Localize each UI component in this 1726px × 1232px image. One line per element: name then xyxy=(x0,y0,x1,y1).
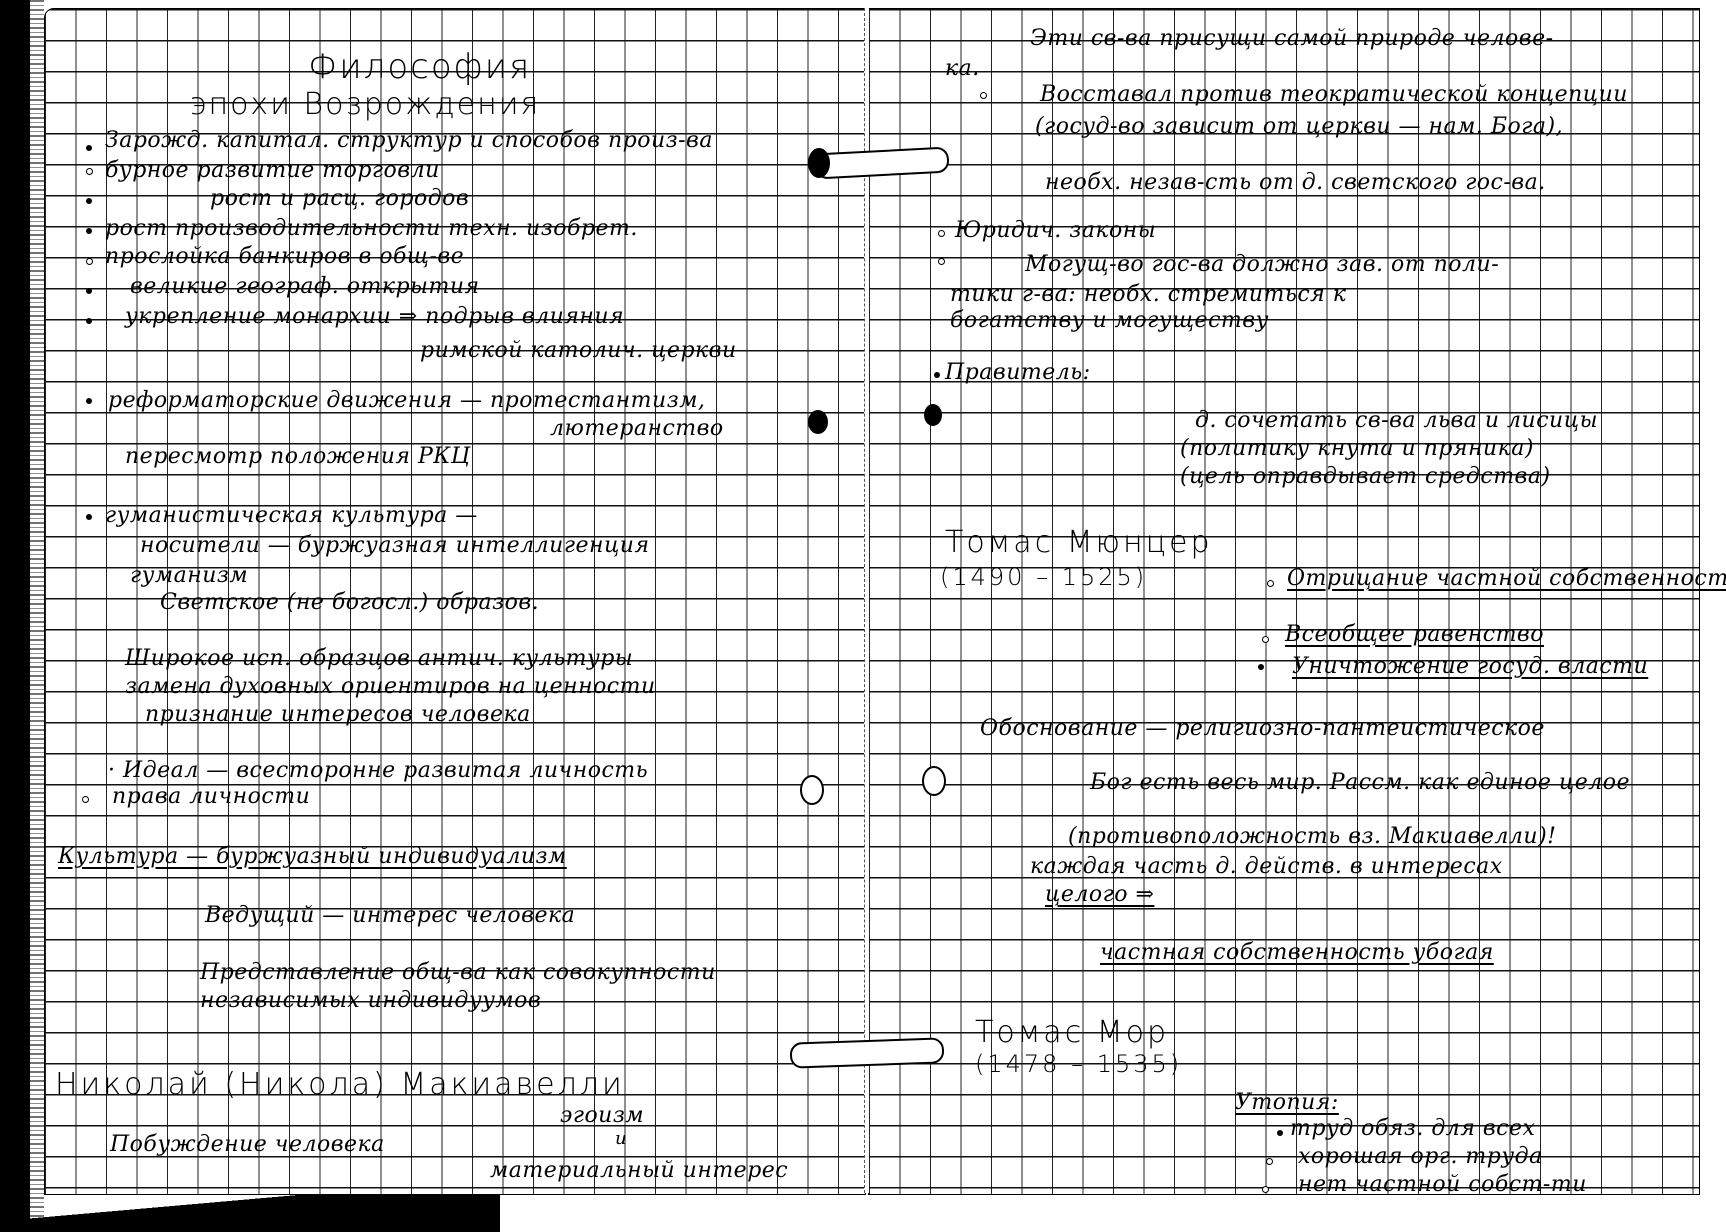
note-line: Эти св-ва присущи самой природе челове- xyxy=(1030,28,1554,50)
bullet-icon xyxy=(1258,664,1264,670)
note-line: (госуд-во зависит от церкви — нам. Бога)… xyxy=(1035,116,1563,138)
bullet-icon xyxy=(938,230,945,237)
note-line: Бог есть весь мир. Рассм. как единое цел… xyxy=(1090,772,1630,794)
bullet-icon xyxy=(86,228,92,234)
note-line: великие географ. открытия xyxy=(130,276,480,298)
note-line: (противоположность вз. Макиавелли)! xyxy=(1068,826,1557,848)
note-line: ка. xyxy=(945,58,980,80)
note-line: гуманизм xyxy=(130,565,248,587)
note-line: Уничтожение госуд. власти xyxy=(1292,656,1648,678)
scan-noise xyxy=(30,0,44,1232)
note-line: укрепление монархии ⇒ подрыв влияния xyxy=(125,306,624,328)
philosopher-dates: (1490 – 1525) xyxy=(940,565,1147,589)
note-line: материальный интерес xyxy=(490,1160,788,1182)
notebook-spine xyxy=(864,8,869,1193)
note-line: Юридич. законы xyxy=(955,220,1156,242)
scan-dark-corner xyxy=(30,1195,500,1232)
note-line: и xyxy=(615,1130,627,1148)
bullet-icon xyxy=(980,92,987,99)
note-line: эгоизм xyxy=(560,1105,644,1127)
note-line: гуманистическая культура — xyxy=(105,505,478,527)
bullet-icon xyxy=(82,796,89,803)
bullet-icon xyxy=(1267,580,1274,587)
philosopher-dates: (1478 – 1535) xyxy=(975,1052,1182,1076)
note-line: замена духовных ориентиров на ценности xyxy=(125,676,656,698)
bullet-icon xyxy=(86,288,92,294)
note-line: каждая часть д. действ. в интересах xyxy=(1030,856,1503,878)
note-line: частная собственность убогая xyxy=(1100,942,1494,964)
note-line: права личности xyxy=(112,786,310,808)
bullet-icon xyxy=(86,514,92,520)
note-line: пересмотр положения РКЦ xyxy=(125,446,470,468)
note-line: рост производительности техн. изобрет. xyxy=(105,218,638,240)
philosopher-name: Николай (Никола) Макиавелли xyxy=(55,1070,625,1100)
note-line: необх. незав-сть от д. светского гос-ва. xyxy=(1045,172,1546,194)
binder-ring-icon xyxy=(808,410,828,434)
note-line: Всеобщее равенство xyxy=(1285,624,1544,646)
note-line: лютеранство xyxy=(550,418,724,440)
philosopher-name: Томас Мюнцер xyxy=(945,528,1213,558)
note-line: Могущ-во гос-ва должно зав. от поли- xyxy=(1025,254,1499,276)
note-line: Обоснование — религиозно-пантеистическое xyxy=(980,718,1545,740)
note-line: Правитель: xyxy=(945,362,1091,384)
note-line: реформаторские движения — протестантизм, xyxy=(108,390,705,412)
bullet-icon xyxy=(1262,636,1269,643)
binder-hole-icon xyxy=(800,775,824,805)
scan-dark-edge xyxy=(0,0,30,1232)
note-line: Восставал против теократической концепци… xyxy=(1040,84,1628,106)
page-title: Философия xyxy=(308,50,531,84)
note-line: (цель оправдывает средства) xyxy=(1180,466,1551,488)
note-line: Широкое исп. образцов антич. культуры xyxy=(125,648,633,670)
note-line: бурное развитие торговли xyxy=(105,160,440,182)
bullet-icon xyxy=(1277,1130,1283,1136)
note-line: Ведущий — интерес человека xyxy=(205,905,575,927)
binder-hole-icon xyxy=(922,766,946,796)
note-line: богатству и могуществу xyxy=(950,310,1269,332)
bullet-icon xyxy=(934,372,940,378)
binder-clip-icon xyxy=(790,1037,945,1068)
note-line: носители — буржуазная интеллигенция xyxy=(140,535,650,557)
page-subtitle: эпохи Возрождения xyxy=(190,90,540,120)
note-line: Светское (не богосл.) образов. xyxy=(160,592,539,614)
note-line: труд обяз. для всех xyxy=(1290,1118,1535,1140)
bullet-icon xyxy=(86,145,92,151)
bullet-icon xyxy=(1262,1186,1269,1193)
note-line: д. сочетать св-ва льва и лисицы xyxy=(1195,410,1598,432)
bullet-icon xyxy=(86,258,93,265)
note-line: Побуждение человека xyxy=(110,1134,385,1156)
philosopher-name: Томас Мор xyxy=(975,1018,1169,1048)
bullet-icon xyxy=(86,398,92,404)
note-line: (политику кнута и пряника) xyxy=(1180,438,1534,460)
note-line: целого ⇒ xyxy=(1045,884,1154,906)
note-line: · Идеал — всесторонне развитая личность xyxy=(108,760,648,782)
bullet-icon xyxy=(86,168,93,175)
bullet-icon xyxy=(86,318,92,324)
note-line: хорошая орг. труда xyxy=(1298,1146,1543,1168)
note-line: прослойка банкиров в общ-ве xyxy=(105,246,464,268)
note-line: римской католич. церкви xyxy=(420,340,737,362)
binder-ring-icon xyxy=(924,404,942,426)
note-line: Отрицание частной собственности xyxy=(1287,568,1726,590)
note-line: независимых индивидуумов xyxy=(200,990,541,1012)
note-line: Культура — буржуазный индивидуализм xyxy=(58,846,567,868)
note-line: тики г-ва: необх. стремиться к xyxy=(950,284,1346,306)
note-line: Представление общ-ва как совокупности xyxy=(200,962,716,984)
note-line: Утопия: xyxy=(1235,1092,1339,1114)
note-line: рост и расц. городов xyxy=(210,188,469,210)
note-line: признание интересов человека xyxy=(145,704,531,726)
bullet-icon xyxy=(938,258,945,265)
note-line: Зарожд. капитал. структур и способов про… xyxy=(105,130,713,152)
binder-ring-icon xyxy=(808,148,830,178)
bullet-icon xyxy=(1266,1158,1273,1165)
bullet-icon xyxy=(86,198,92,204)
note-line: нет частной собст-ти xyxy=(1298,1174,1587,1196)
